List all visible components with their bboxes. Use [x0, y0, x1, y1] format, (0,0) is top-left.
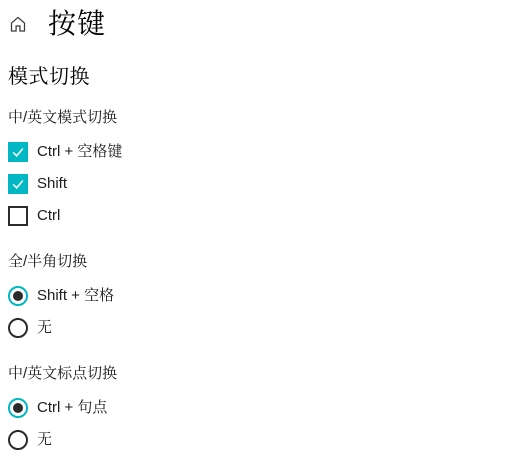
radio-label-punct-none: 无	[37, 430, 52, 450]
radio-icon-punct-none	[8, 430, 28, 450]
radio-row-shift-space[interactable]: Shift + 空格	[8, 286, 114, 306]
radio-icon-ctrl-period	[8, 398, 28, 418]
radio-label-shift-space: Shift + 空格	[37, 286, 114, 306]
checkbox-icon-ctrl-space	[8, 142, 28, 162]
checkbox-label-ctrl: Ctrl	[37, 206, 60, 226]
checkbox-icon-ctrl	[8, 206, 28, 226]
radio-row-punct-none[interactable]: 无	[8, 430, 52, 450]
group-full-half-width-switch: 全/半角切换 Shift + 空格 无	[8, 252, 532, 338]
radio-icon-fullhalf-none	[8, 318, 28, 338]
home-icon[interactable]	[8, 14, 28, 34]
checkbox-row-ctrl[interactable]: Ctrl	[8, 206, 60, 226]
radio-row-ctrl-period[interactable]: Ctrl + 句点	[8, 398, 107, 418]
radio-row-fullhalf-none[interactable]: 无	[8, 318, 52, 338]
checkbox-label-shift: Shift	[37, 174, 67, 194]
page-header: 按键	[8, 0, 532, 34]
section-header-mode-switch: 模式切换	[8, 64, 532, 90]
group-cn-en-mode-switch: 中/英文模式切换 Ctrl + 空格键 Shift Ctrl	[8, 108, 532, 226]
group-cn-en-punctuation-switch: 中/英文标点切换 Ctrl + 句点 无	[8, 364, 532, 450]
group-label-cn-en-punctuation: 中/英文标点切换	[8, 364, 532, 384]
radio-label-ctrl-period: Ctrl + 句点	[37, 398, 107, 418]
group-label-full-half-width: 全/半角切换	[8, 252, 532, 272]
checkbox-label-ctrl-space: Ctrl + 空格键	[37, 142, 122, 162]
group-label-cn-en-mode: 中/英文模式切换	[8, 108, 532, 128]
ime-keys-settings-page: 按键 模式切换 中/英文模式切换 Ctrl + 空格键 Shift Ctrl 全…	[0, 0, 532, 450]
checkbox-row-ctrl-space[interactable]: Ctrl + 空格键	[8, 142, 122, 162]
page-title: 按键	[48, 8, 106, 40]
checkbox-icon-shift	[8, 174, 28, 194]
radio-label-fullhalf-none: 无	[37, 318, 52, 338]
radio-icon-shift-space	[8, 286, 28, 306]
checkbox-row-shift[interactable]: Shift	[8, 174, 67, 194]
